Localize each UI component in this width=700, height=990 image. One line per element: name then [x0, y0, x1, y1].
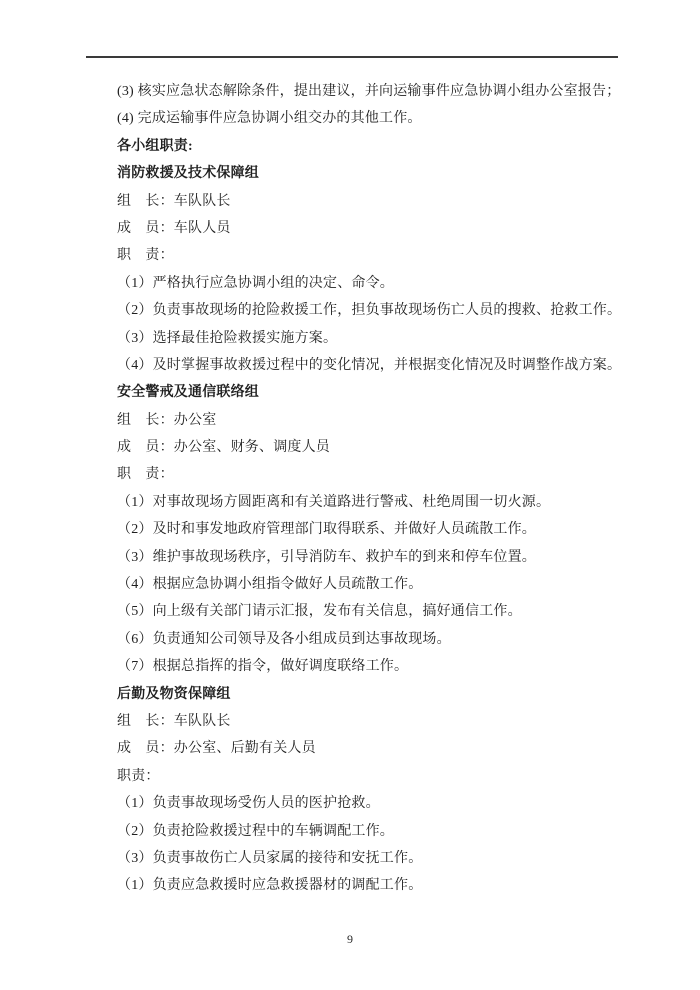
text-line: （3）负责事故伤亡人员家属的接待和安抚工作。	[117, 845, 637, 872]
text-line: （7）根据总指挥的指令，做好调度联络工作。	[117, 653, 637, 680]
text-line: 组 长：车队队长	[117, 708, 637, 735]
heading-line: 各小组职责:	[117, 133, 637, 160]
document-page: (3) 核实应急状态解除条件，提出建议，并向运输事件应急协调小组办公室报告；(4…	[0, 0, 700, 990]
text-line: （1）对事故现场方圆距离和有关道路进行警戒、杜绝周围一切火源。	[117, 489, 637, 516]
text-line: （2）及时和事发地政府管理部门取得联系、并做好人员疏散工作。	[117, 516, 637, 543]
text-line: 成 员：办公室、后勤有关人员	[117, 735, 637, 762]
text-line: 组 长：办公室	[117, 407, 637, 434]
page-number: 9	[0, 931, 700, 947]
document-body: (3) 核实应急状态解除条件，提出建议，并向运输事件应急协调小组办公室报告；(4…	[117, 78, 637, 900]
text-line: 成 员：车队人员	[117, 215, 637, 242]
text-line: 职责：	[117, 763, 637, 790]
text-line: （1）严格执行应急协调小组的决定、命令。	[117, 270, 637, 297]
text-line: （1）负责事故现场受伤人员的医护抢救。	[117, 790, 637, 817]
text-line: （1）负责应急救援时应急救援器材的调配工作。	[117, 872, 637, 899]
text-line: 组 长：车队队长	[117, 188, 637, 215]
heading-line: 消防救援及技术保障组	[117, 160, 637, 187]
text-line: 职 责：	[117, 242, 637, 269]
text-line: (3) 核实应急状态解除条件，提出建议，并向运输事件应急协调小组办公室报告；	[117, 78, 637, 105]
text-line: （3）维护事故现场秩序，引导消防车、救护车的到来和停车位置。	[117, 544, 637, 571]
text-line: (4) 完成运输事件应急协调小组交办的其他工作。	[117, 105, 637, 132]
text-line: （2）负责事故现场的抢险救援工作，担负事故现场伤亡人员的搜救、抢救工作。	[117, 297, 637, 324]
text-line: 成 员：办公室、财务、调度人员	[117, 434, 637, 461]
text-line: （4）及时掌握事故救援过程中的变化情况，并根据变化情况及时调整作战方案。	[117, 352, 637, 379]
header-rule	[86, 56, 618, 58]
text-line: （6）负责通知公司领导及各小组成员到达事故现场。	[117, 626, 637, 653]
text-line: 职 责：	[117, 461, 637, 488]
heading-line: 安全警戒及通信联络组	[117, 379, 637, 406]
text-line: （3）选择最佳抢险救援实施方案。	[117, 325, 637, 352]
text-line: （5）向上级有关部门请示汇报，发布有关信息，搞好通信工作。	[117, 598, 637, 625]
text-line: （4）根据应急协调小组指令做好人员疏散工作。	[117, 571, 637, 598]
heading-line: 后勤及物资保障组	[117, 681, 637, 708]
text-line: （2）负责抢险救援过程中的车辆调配工作。	[117, 818, 637, 845]
